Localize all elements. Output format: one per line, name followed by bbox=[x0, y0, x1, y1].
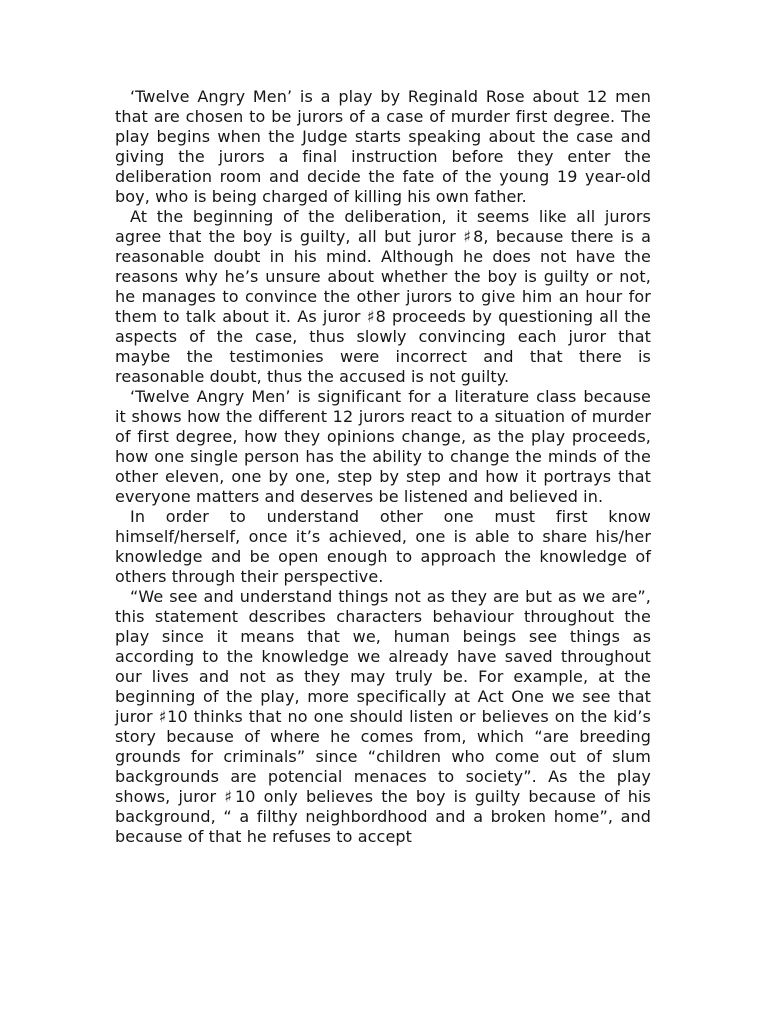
document-page: ‘Twelve Angry Men’ is a play by Reginald… bbox=[0, 0, 768, 1024]
essay-paragraph-quote-analysis: “We see and understand things not as the… bbox=[115, 587, 651, 847]
essay-paragraph-significance: ‘Twelve Angry Men’ is significant for a … bbox=[115, 387, 651, 507]
essay-paragraph-understanding: In order to understand other one must fi… bbox=[115, 507, 651, 587]
essay-paragraph-intro: ‘Twelve Angry Men’ is a play by Reginald… bbox=[115, 87, 651, 207]
essay-paragraph-deliberation: At the beginning of the deliberation, it… bbox=[115, 207, 651, 387]
